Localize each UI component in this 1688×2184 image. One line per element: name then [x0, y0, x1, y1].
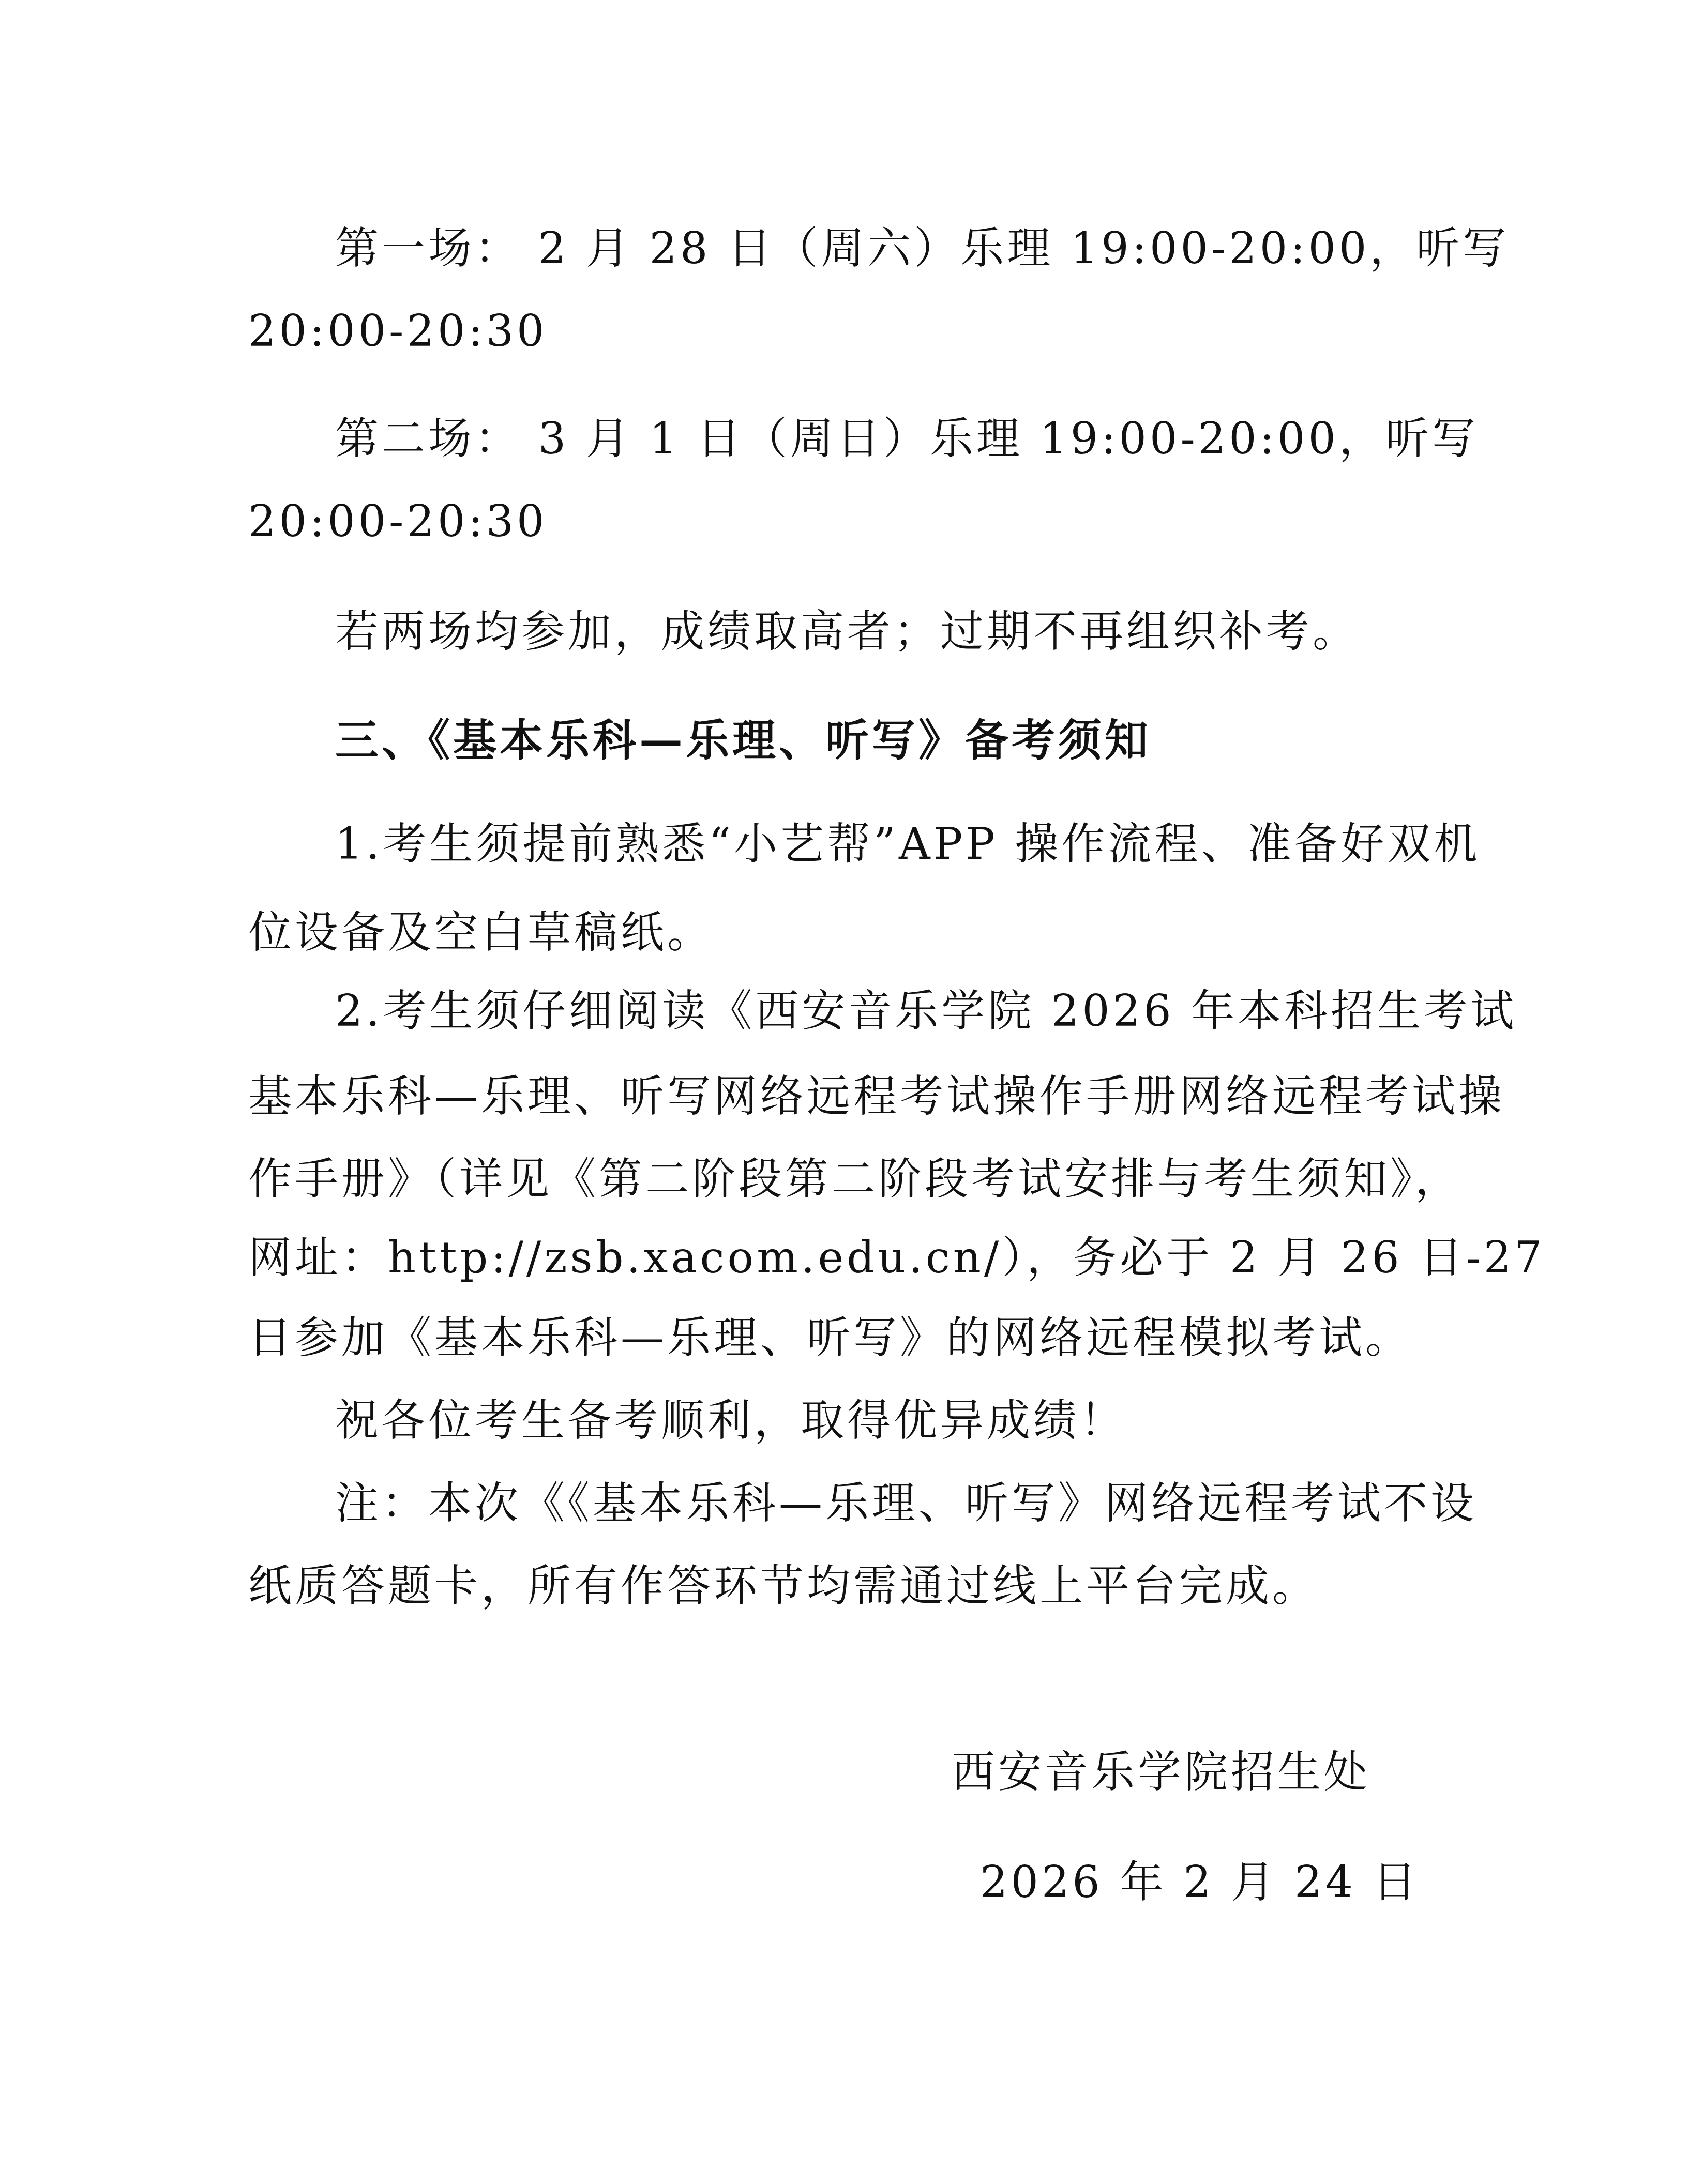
item2-line4-url[interactable]: 网址：http://zsb.xacom.edu.cn/），务必于 2 月 26 …: [248, 1232, 1545, 1283]
item2-line2: 基本乐科—乐理、听写网络远程考试操作手册网络远程考试操: [248, 1070, 1505, 1122]
session1-line2: 20:00-20:30: [248, 305, 548, 357]
item1-line2: 位设备及空白草稿纸。: [248, 906, 714, 958]
section-heading: 三、《基本乐科—乐理、听写》备考须知: [335, 715, 1151, 766]
session2-line1: 第二场： 3 月 1 日（周日）乐理 19:00-20:00，听写: [335, 413, 1479, 464]
signature-date: 2026 年 2 月 24 日: [980, 1856, 1420, 1908]
note-line1: 注：本次《《基本乐科—乐理、听写》网络远程考试不设: [335, 1477, 1477, 1529]
item1-line1: 1.考生须提前熟悉“小艺帮”APP 操作流程、准备好双机: [335, 818, 1480, 870]
item2-line1: 2.考生须仔细阅读《西安音乐学院 2026 年本科招生考试: [335, 985, 1517, 1037]
session2-line2: 20:00-20:30: [248, 495, 548, 547]
note-line2: 纸质答题卡，所有作答环节均需通过线上平台完成。: [248, 1560, 1319, 1612]
closing-wishes: 祝各位考生备考顺利，取得优异成绩！: [335, 1394, 1126, 1446]
item2-line5: 日参加《基本乐科—乐理、听写》的网络远程模拟考试。: [248, 1312, 1412, 1363]
session1-line1: 第一场： 2 月 28 日（周六）乐理 19:00-20:00，听写: [335, 222, 1509, 274]
signature-issuer: 西安音乐学院招生处: [952, 1746, 1370, 1798]
makeup-rule: 若两场均参加，成绩取高者；过期不再组织补考。: [335, 605, 1359, 657]
item2-line3: 作手册》（详见《第二阶段第二阶段考试安排与考生须知》，: [248, 1153, 1461, 1205]
